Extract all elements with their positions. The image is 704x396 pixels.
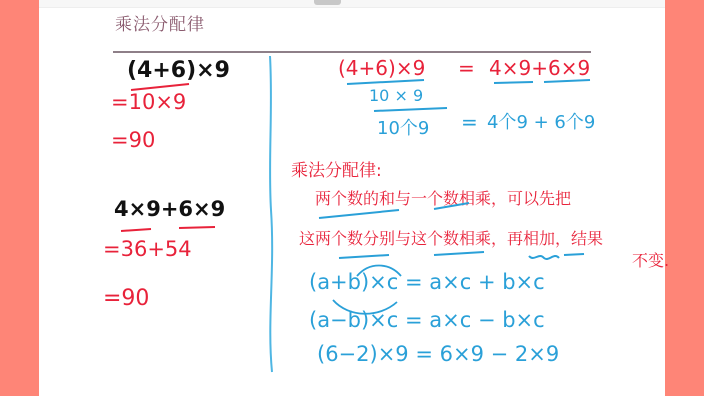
pen-annotations — [39, 0, 665, 396]
notebook-page: 乘法分配律 (4+6)×9 =10×9 =90 4×9+6×9 =36+54 =… — [39, 0, 665, 396]
right-margin — [666, 0, 704, 396]
left-margin — [0, 0, 38, 396]
